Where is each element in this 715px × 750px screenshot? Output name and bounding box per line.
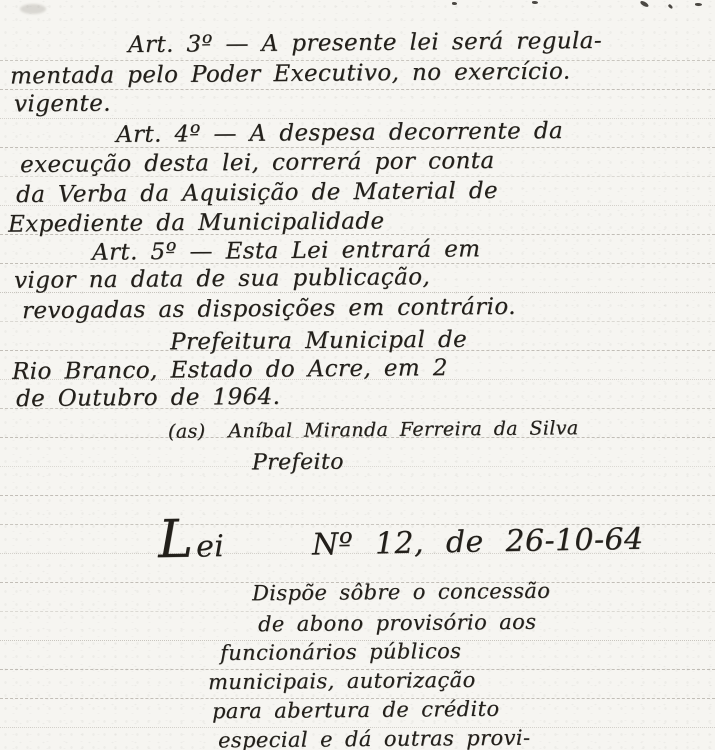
manuscript-line: vigente. xyxy=(14,91,111,118)
ementa-line: municipais, autorização xyxy=(208,668,476,694)
signature-line: (as) Aníbal Miranda Ferreira da Silva xyxy=(168,418,579,443)
law-number-heading: Lei Nº 12, de 26-10-64 xyxy=(158,502,644,571)
manuscript-line: Rio Branco, Estado do Acre, em 2 xyxy=(12,355,448,385)
manuscript-line: Prefeitura Municipal de xyxy=(170,327,467,356)
ementa-line: para abertura de crédito xyxy=(212,697,500,724)
ementa-line: funcionários públicos xyxy=(220,639,461,665)
ruled-line xyxy=(0,147,715,148)
ementa-line: Dispõe sôbre o concessão xyxy=(252,579,550,606)
ink-speck xyxy=(452,2,457,5)
ink-speck xyxy=(532,1,538,4)
manuscript-line: mentada pelo Poder Executivo, no exercíc… xyxy=(10,59,571,90)
manuscript-line: vigor na data de sua publicação, xyxy=(14,264,430,294)
ementa-line: de abono provisório aos xyxy=(258,610,537,637)
manuscript-line: Expediente da Municipalidade xyxy=(8,208,385,238)
manuscript-line: de Outubro de 1964. xyxy=(16,384,281,413)
ruled-line xyxy=(0,495,715,496)
ink-speck xyxy=(668,4,674,10)
manuscript-line: Art. 5º — Esta Lei entrará em xyxy=(92,236,481,266)
manuscript-line: revogadas as disposições em contrário. xyxy=(22,294,516,325)
manuscript-page: Art. 3º — A presente lei será regula- me… xyxy=(0,0,715,750)
manuscript-line: Art. 4º — A despesa decorrente da xyxy=(116,118,563,148)
ementa-line: especial e dá outras provi- xyxy=(218,726,531,750)
manuscript-line: execução desta lei, correrá por conta xyxy=(20,148,495,179)
ink-speck xyxy=(695,3,702,6)
signature-title: Prefeito xyxy=(252,450,344,476)
manuscript-line: Art. 3º — A presente lei será regula- xyxy=(128,28,602,59)
paper-smudge xyxy=(20,4,46,14)
manuscript-line: da Verba da Aquisição de Material de xyxy=(16,178,498,209)
ink-speck xyxy=(640,0,650,8)
ruled-line xyxy=(0,466,715,467)
